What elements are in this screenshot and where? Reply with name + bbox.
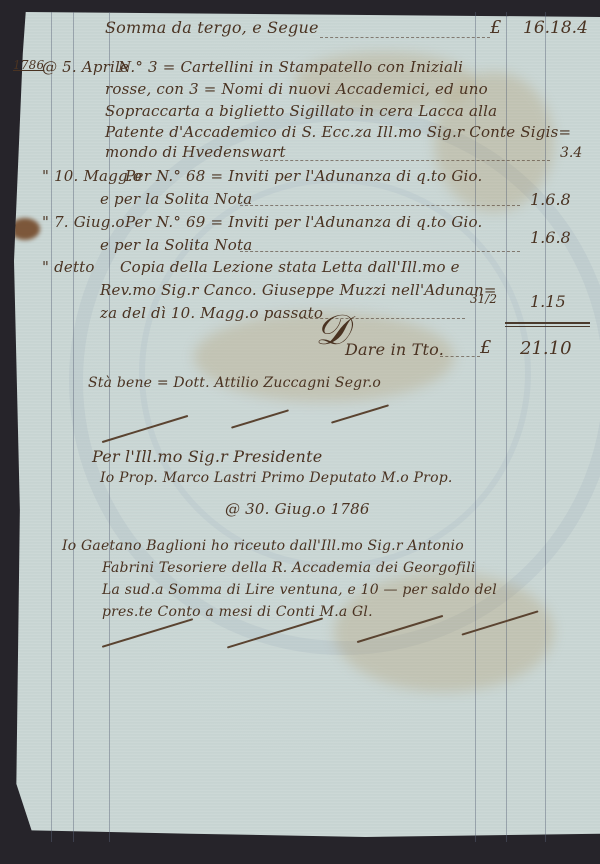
receipt-line: Io Gaetano Baglioni ho riceuto dall'Ill.… bbox=[62, 538, 464, 554]
entry-date: " 7. Giug.o bbox=[42, 213, 125, 231]
ink-blot bbox=[10, 218, 40, 240]
currency-symbol: £ bbox=[480, 337, 491, 358]
entry-line: e per la Solita Nota bbox=[100, 190, 252, 208]
entry-line: Patente d'Accademico di S. Ecc.za Ill.mo… bbox=[105, 123, 571, 141]
authorization-line: Io Prop. Marco Lastri Primo Deputato M.o… bbox=[100, 470, 453, 486]
entry-line: za del dì 10. Magg.o passato bbox=[100, 304, 323, 322]
total-amount: 21.10 bbox=[520, 338, 572, 359]
total-rule bbox=[505, 322, 590, 324]
leader-dashes bbox=[240, 205, 520, 206]
entry-amount: 1.15 bbox=[530, 292, 566, 311]
entry-amount: 1.6.8 bbox=[530, 228, 571, 247]
entry-line: N.° 3 = Cartellini in Stampatello con In… bbox=[118, 58, 463, 76]
leader-dashes bbox=[440, 356, 480, 357]
authorization-line: Per l'Ill.mo Sig.r Presidente bbox=[92, 447, 322, 466]
entry-line: Sopraccarta a biglietto Sigillato in cer… bbox=[105, 102, 497, 120]
leader-dashes bbox=[320, 37, 490, 38]
entry-line: Per N.° 68 = Inviti per l'Adunanza di q.… bbox=[125, 167, 482, 185]
year-margin: 1786 bbox=[13, 58, 44, 72]
dare-flourish-letter: 𝒟 bbox=[315, 305, 349, 355]
total-label: Dare in Tto. bbox=[345, 340, 444, 359]
entry-amount: 1.6.8 bbox=[530, 190, 571, 209]
entry-line: Rev.mo Sig.r Canco. Giuseppe Muzzi nell'… bbox=[100, 281, 497, 299]
entry-line: Per N.° 69 = Inviti per l'Adunanza di q.… bbox=[125, 213, 482, 231]
entry-date: @ 5. Aprile bbox=[42, 58, 129, 76]
ruled-margin-line bbox=[73, 12, 74, 842]
entry-fraction: 31/2 bbox=[470, 292, 497, 306]
carried-forward-amount: 16.18.4 bbox=[523, 18, 588, 38]
currency-symbol: £ bbox=[490, 17, 501, 38]
entry-line: mondo di Hvedenswart bbox=[105, 143, 286, 161]
leader-dashes bbox=[260, 160, 550, 161]
receipt-line: Fabrini Tesoriere della R. Accademia dei… bbox=[102, 560, 476, 576]
entry-date: " detto bbox=[42, 258, 95, 276]
entry-line: e per la Solita Nota bbox=[100, 236, 252, 254]
carried-forward-label: Somma da tergo, e Segue bbox=[105, 18, 319, 37]
receipt-line: La sud.a Somma di Lire ventuna, e 10 — p… bbox=[102, 582, 497, 598]
ruled-margin-line bbox=[51, 12, 52, 842]
entry-amount: 3.4 bbox=[560, 145, 582, 161]
total-rule bbox=[505, 326, 590, 327]
entry-line: Copia della Lezione stata Letta dall'Ill… bbox=[120, 258, 460, 276]
approval-note: Stà bene = Dott. Attilio Zuccagni Segr.o bbox=[88, 375, 381, 391]
entry-line: rosse, con 3 = Nomi di nuovi Accademici,… bbox=[105, 80, 488, 98]
authorization-date: @ 30. Giug.o 1786 bbox=[225, 500, 370, 518]
leader-dashes bbox=[240, 251, 520, 252]
receipt-line: pres.te Conto a mesi di Conti M.a Gl. bbox=[102, 604, 373, 620]
